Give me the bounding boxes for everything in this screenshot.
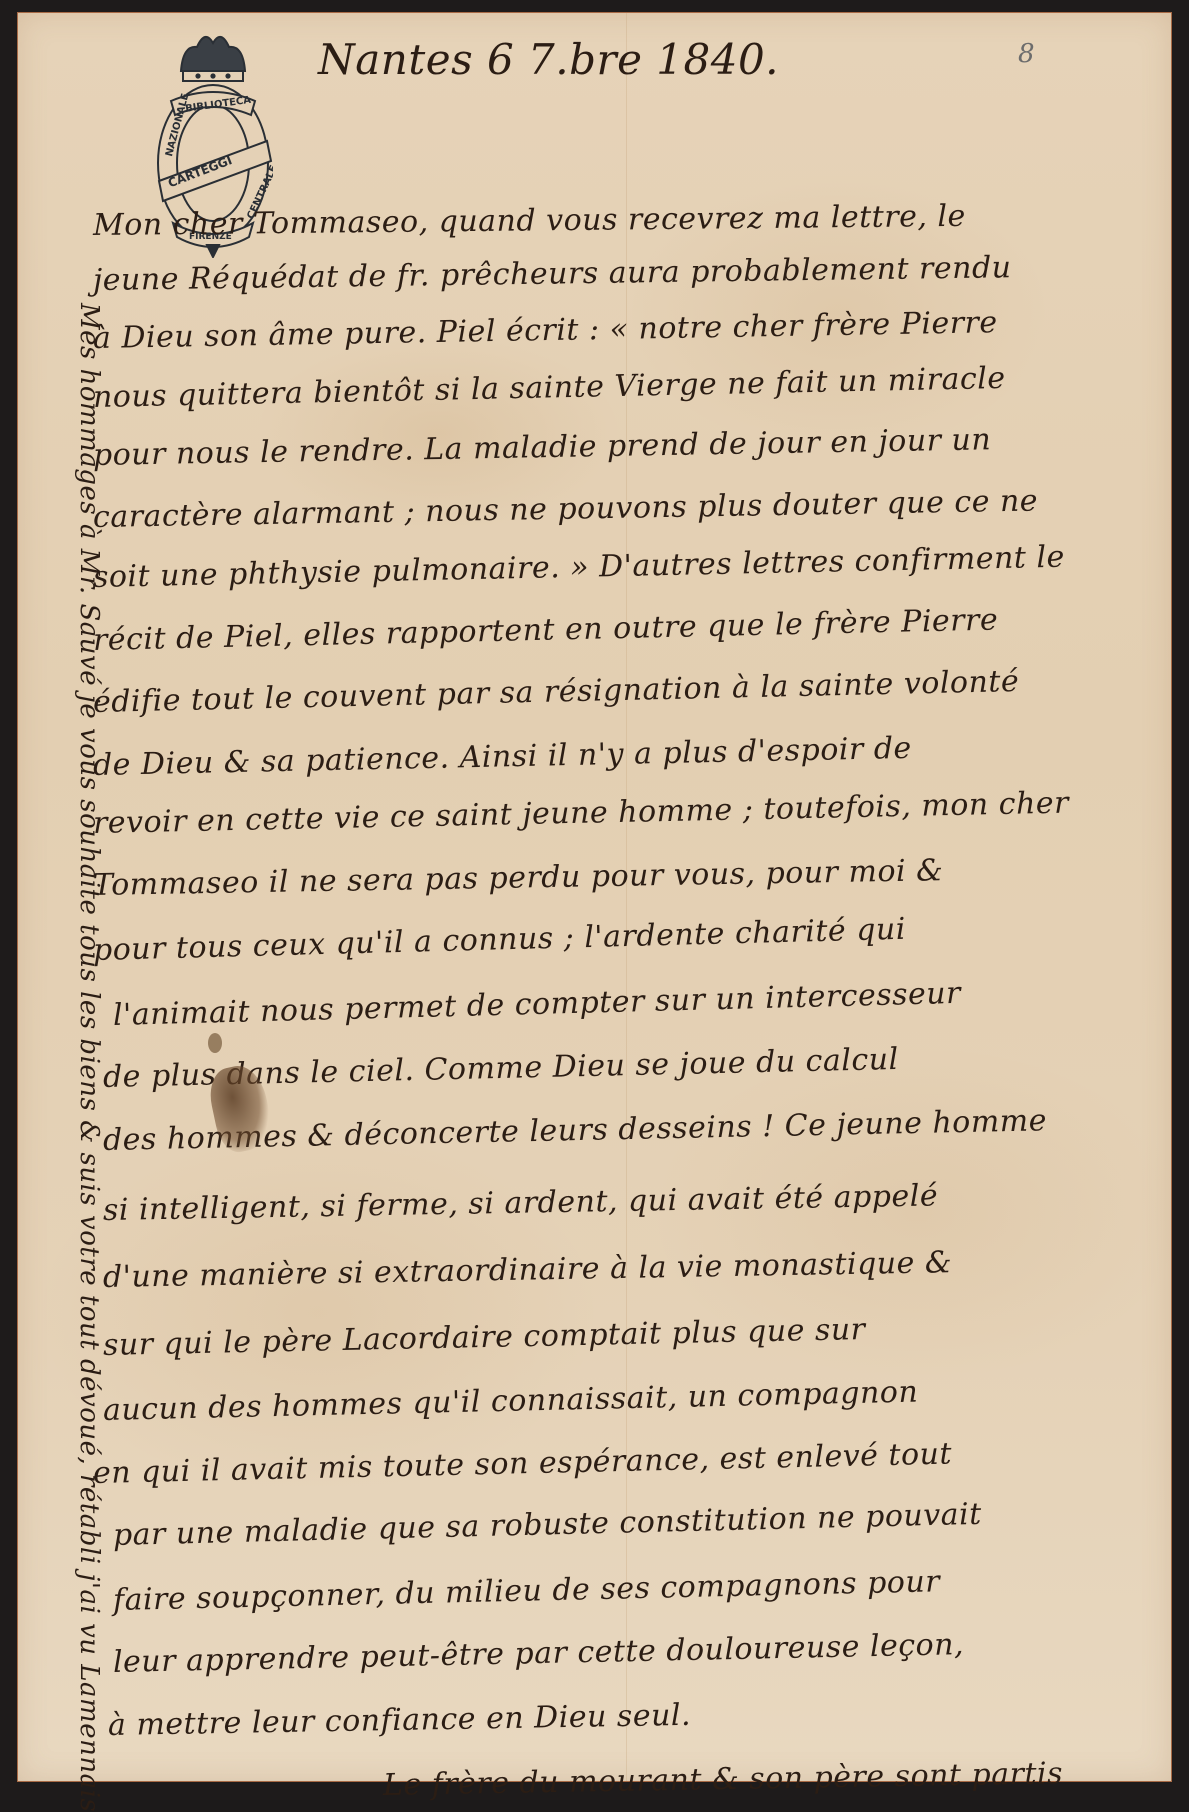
body-line: par une maladie que sa robuste constitut… (113, 1497, 983, 1553)
body-line: soit une phthysie pulmonaire. » D'autres… (93, 540, 1065, 595)
body-line: revoir en cette vie ce saint jeune homme… (93, 786, 1070, 841)
body-line: l'animait nous permet de compter sur un … (113, 976, 962, 1033)
body-line: à mettre leur confiance en Dieu seul. (108, 1698, 692, 1743)
dateline: Nantes 6 7.bre 1840. (318, 35, 779, 84)
body-line: pour nous le rendre. La maladie prend de… (93, 422, 992, 473)
body-line: de Dieu & sa patience. Ainsi il n'y a pl… (93, 731, 912, 783)
body-line: édifie tout le couvent par sa résignatio… (93, 664, 1020, 720)
body-line: si intelligent, si ferme, si ardent, qui… (103, 1178, 939, 1228)
page-number: 8 (1018, 39, 1035, 69)
body-line: pour tous ceux qu'il a connus ; l'ardent… (93, 912, 907, 968)
body-line: Tommaseo il ne sera pas perdu pour vous,… (93, 853, 944, 903)
body-line: aucun des hommes qu'il connaissait, un c… (103, 1375, 919, 1428)
letter-page: BIBLIOTECA CARTEGGI FIRENZE NAZIONALE CE… (17, 12, 1172, 1782)
body-line: faire soupçonner, du milieu de ses compa… (113, 1564, 941, 1618)
body-line: leur apprendre peut-être par cette doulo… (113, 1627, 965, 1680)
body-line: sur qui le père Lacordaire comptait plus… (103, 1312, 866, 1363)
ink-stain (208, 1033, 222, 1053)
body-line: d'une manière si extraordinaire à la vie… (103, 1245, 953, 1295)
body-line: récit de Piel, elles rapportent en outre… (93, 602, 999, 658)
margin-note: Mes hommages à Mr. Sauvé je vous souhait… (74, 303, 104, 1683)
body-line: caractère alarmant ; nous ne pouvons plu… (93, 484, 1039, 535)
body-line: nous quittera bientôt si la sainte Vierg… (93, 361, 1006, 415)
body-line: à Dieu son âme pure. Piel écrit : « notr… (93, 305, 998, 356)
body-line: en qui il avait mis toute son espérance,… (93, 1437, 953, 1491)
